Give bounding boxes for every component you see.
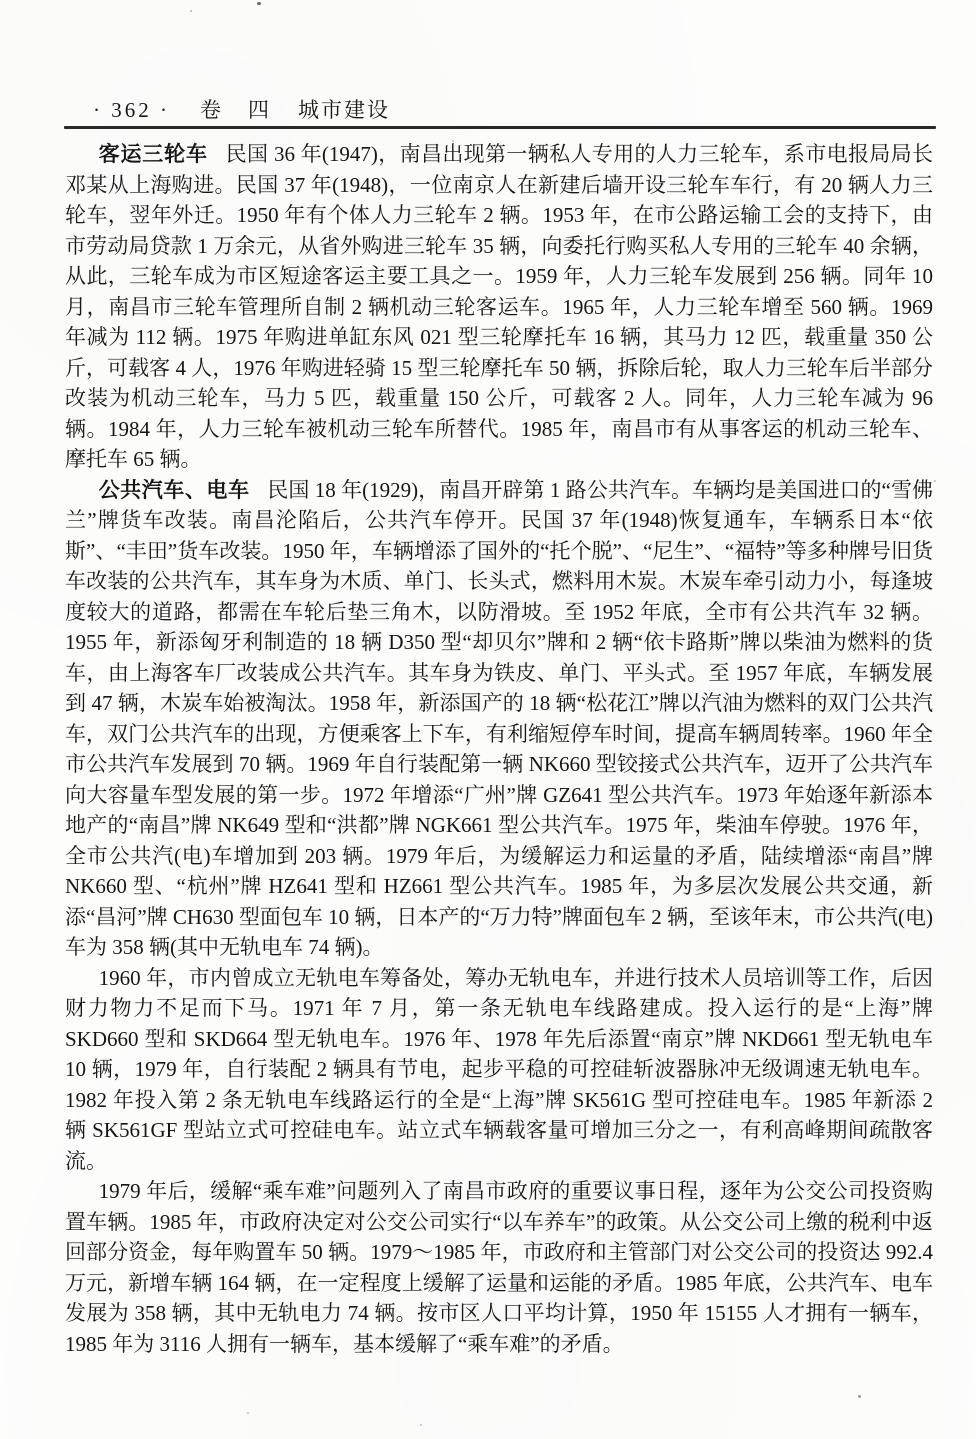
page-body: 客运三轮车民国 36 年(1947)，南昌出现第一辆私人专用的人力三轮车，系市电…	[65, 139, 933, 1359]
page-number: · 362 ·	[93, 98, 170, 123]
header-rule	[64, 126, 936, 129]
volume-word: 卷	[200, 94, 222, 124]
scan-speck	[858, 1395, 861, 1398]
paragraph-trolleybus: 1960 年，市内曾成立无轨电车筹备处，筹办无轨电车，并进行技术人员培训等工作，…	[65, 963, 933, 1177]
paragraph-heading: 客运三轮车	[99, 142, 226, 166]
paragraph-heading: 公共汽车、电车	[99, 478, 268, 502]
scan-speck	[190, 10, 192, 12]
section-title: 城市建设	[298, 94, 390, 124]
paragraph-text: 1960 年，市内曾成立无轨电车筹备处，筹办无轨电车，并进行技术人员培训等工作，…	[65, 966, 933, 1173]
paragraph-text: 民国 18 年(1929)，南昌开辟第 1 路公共汽车。车辆均是美国进口的“雪佛…	[65, 478, 933, 960]
volume-number: 四	[248, 94, 270, 124]
scan-speck	[257, 2, 261, 5]
page-header: · 362 · 卷 四 城市建设	[93, 94, 390, 124]
scanned-book-page: · 362 · 卷 四 城市建设 客运三轮车民国 36 年(1947)，南昌出现…	[0, 0, 976, 1439]
scan-speck	[420, 1424, 422, 1426]
paragraph-text: 民国 36 年(1947)，南昌出现第一辆私人专用的人力三轮车，系市电报局局长邓…	[65, 142, 933, 471]
scan-speck	[247, 1412, 249, 1414]
paragraph-buses: 公共汽车、电车民国 18 年(1929)，南昌开辟第 1 路公共汽车。车辆均是美…	[65, 475, 933, 963]
paragraph-investment: 1979 年后，缓解“乘车难”问题列入了南昌市政府的重要议事日程，逐年为公交公司…	[65, 1176, 933, 1359]
scan-speck	[934, 480, 936, 482]
paragraph-tricycles: 客运三轮车民国 36 年(1947)，南昌出现第一辆私人专用的人力三轮车，系市电…	[65, 139, 933, 475]
paragraph-text: 1979 年后，缓解“乘车难”问题列入了南昌市政府的重要议事日程，逐年为公交公司…	[65, 1179, 933, 1356]
